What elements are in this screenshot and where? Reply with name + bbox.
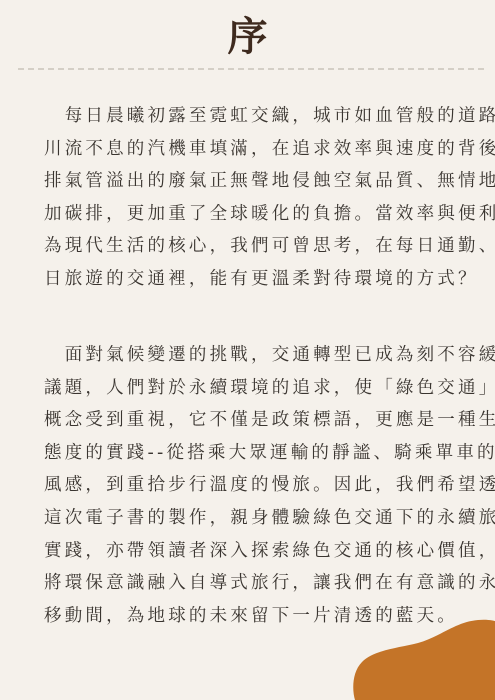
paragraph-2: 面對氣候變遷的挑戰，交通轉型已成為刻不容緩的 議題，人們對於永續環境的追求，使「… — [44, 339, 456, 632]
page-title: 序 — [0, 14, 495, 60]
paragraph-line: 實踐，亦帶領讀者深入探索綠色交通的核心價值，並 — [44, 535, 456, 568]
paragraph-line: 川流不息的汽機車填滿，在追求效率與速度的背後， — [44, 133, 456, 166]
paragraph-line: 為現代生活的核心，我們可曾思考，在每日通勤、假 — [44, 230, 456, 263]
paragraph-line: 風感，到重拾步行溫度的慢旅。因此，我們希望透過 — [44, 469, 456, 502]
paragraph-line: 日旅遊的交通裡，能有更溫柔對待環境的方式？ — [44, 263, 456, 296]
paragraph-line: 態度的實踐--從搭乘大眾運輸的靜謐、騎乘單車的破 — [44, 437, 456, 470]
paragraph-1: 每日晨曦初露至霓虹交織，城市如血管般的道路被 川流不息的汽機車填滿，在追求效率與… — [44, 100, 456, 296]
paragraph-line: 將環保意識融入自導式旅行，讓我們在有意識的永續 — [44, 567, 456, 600]
paragraph-line: 議題，人們對於永續環境的追求，使「綠色交通」的 — [44, 372, 456, 405]
paragraph-line: 概念受到重視，它不僅是政策標語，更應是一種生活 — [44, 404, 456, 437]
paragraph-line: 每日晨曦初露至霓虹交織，城市如血管般的道路被 — [44, 100, 456, 133]
paragraph-line: 面對氣候變遷的挑戰，交通轉型已成為刻不容緩的 — [44, 339, 456, 372]
paragraph-line: 移動間，為地球的未來留下一片清透的藍天。 — [44, 600, 456, 633]
paragraph-line: 加碳排，更加重了全球暖化的負擔。當效率與便利成 — [44, 198, 456, 231]
paragraph-line: 排氣管溢出的廢氣正無聲地侵蝕空氣品質、無情地增 — [44, 165, 456, 198]
title-divider — [18, 68, 484, 70]
paragraph-line: 這次電子書的製作，親身體驗綠色交通下的永續旅行 — [44, 502, 456, 535]
